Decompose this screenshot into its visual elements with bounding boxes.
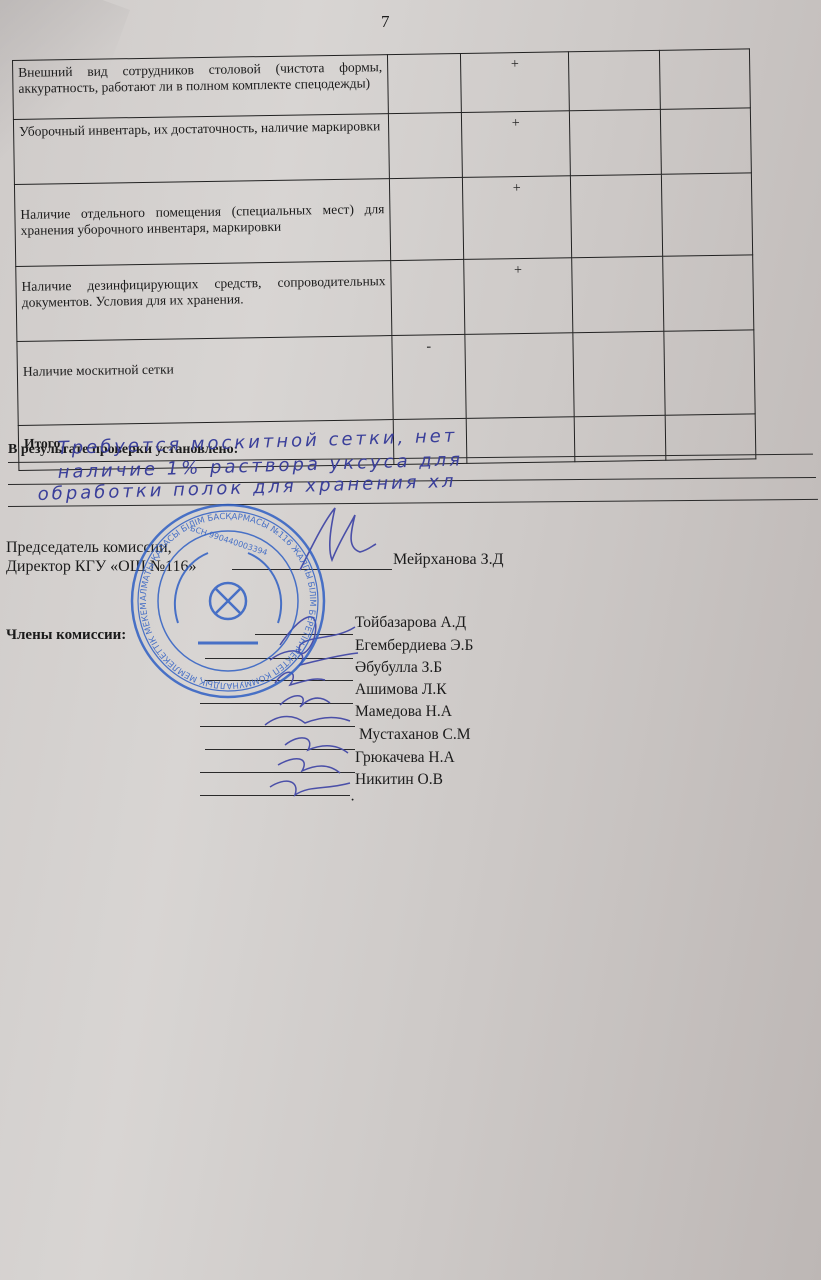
- page-number: 7: [381, 12, 390, 32]
- criterion-cell: Внешний вид сотрудников столовой (чистот…: [13, 55, 389, 120]
- criterion-cell: Наличие отдельного помещения (специальны…: [14, 179, 390, 267]
- mark-cell: [389, 177, 464, 260]
- mark-cell: [569, 109, 661, 175]
- mark-cell: +: [464, 258, 573, 335]
- mark-cell: +: [461, 52, 569, 113]
- table-row: Наличие дезинфицирующих средств, сопрово…: [16, 255, 754, 342]
- mark-cell: [391, 259, 466, 335]
- official-stamp: АЛМАТЫ ҚАЛАСЫ БІЛІМ БАСҚАРМАСЫ №116 ЖАЛП…: [128, 503, 328, 699]
- table-row: Наличие отдельного помещения (специальны…: [14, 173, 752, 267]
- table-row: Уборочный инвентарь, их достаточность, н…: [13, 108, 751, 185]
- mark-cell: [570, 174, 663, 257]
- member-name: Егембердиева Э.Б: [355, 637, 473, 655]
- member-name: Тойбазарова А.Д: [355, 614, 466, 632]
- mark-cell: [663, 255, 754, 331]
- mark-cell: [572, 256, 665, 332]
- mark-cell: [573, 331, 666, 416]
- mark-cell: +: [462, 111, 571, 178]
- table-row: Наличие москитной сетки -: [17, 330, 755, 426]
- mark-cell: -: [392, 334, 467, 419]
- member-name: Мустаханов С.М: [359, 726, 471, 744]
- mark-cell: [666, 414, 756, 460]
- mark-cell: [568, 50, 660, 110]
- mark-cell: [388, 112, 462, 178]
- mark-cell: [664, 330, 755, 415]
- chairman-name: Мейрханова З.Д: [393, 551, 504, 569]
- mark-cell: [465, 333, 574, 419]
- stamp-bin: БСН 990440003394: [189, 524, 269, 558]
- mark-cell: [387, 53, 461, 113]
- mark-cell: [660, 49, 750, 109]
- criterion-cell: Наличие москитной сетки: [17, 336, 393, 426]
- mark-cell: [661, 108, 752, 174]
- mark-cell: +: [463, 176, 572, 260]
- members-label: Члены комиссии:: [6, 627, 126, 644]
- criterion-cell: Уборочный инвентарь, их достаточность, н…: [13, 114, 389, 185]
- mark-cell: [662, 173, 753, 256]
- inspection-table: Внешний вид сотрудников столовой (чистот…: [12, 48, 758, 416]
- criterion-cell: Наличие дезинфицирующих средств, сопрово…: [16, 261, 392, 342]
